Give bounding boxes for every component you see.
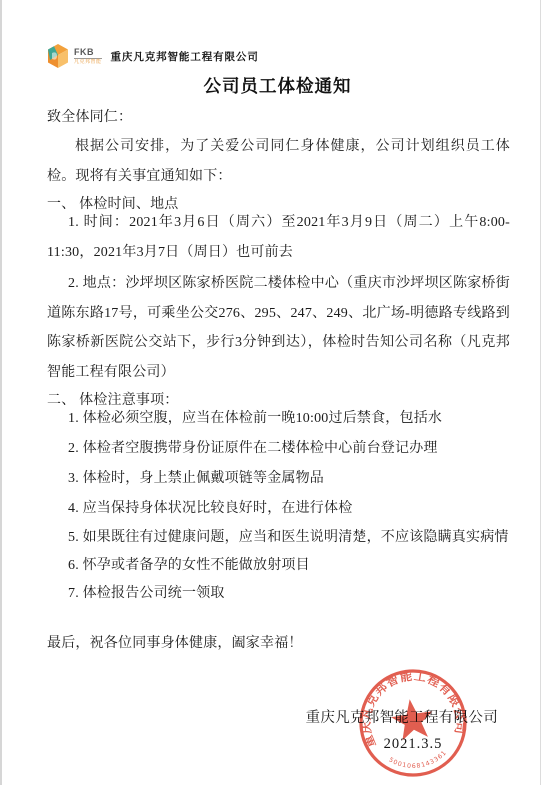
- intro-paragraph: 根据公司安排，为了关爱公司同仁身体健康，公司计划组织员工体检。现将有关事宜通知如…: [47, 132, 510, 191]
- star-icon: [389, 696, 436, 741]
- page-left-edge: [0, 0, 2, 785]
- section2-item-4: 4. 应当保持身体状况比较良好时，在进行体检: [47, 494, 510, 524]
- section2-item-6: 6. 怀孕或者备孕的女性不能做放射项目: [47, 551, 510, 581]
- section2-item-2: 2. 体检者空腹携带身份证原件在二楼体检中心前台登记办理: [47, 434, 510, 464]
- company-cube-logo-icon: [47, 44, 69, 69]
- section1-item-location: 2. 地点：沙坪坝区陈家桥医院二楼体检中心（重庆市沙坪坝区陈家桥街道陈东路17号…: [47, 269, 510, 387]
- company-letterhead: FKB 凡克邦智能 重庆凡克邦智能工程有限公司: [47, 44, 259, 69]
- section2-item-5: 5. 如果既往有过健康问题，应当和医生说明清楚，不应该隐瞒真实病情: [47, 523, 510, 553]
- logo-wordmark: FKB 凡克邦智能: [74, 48, 102, 65]
- logo-fkb-text: FKB: [74, 48, 102, 59]
- salutation: 致全体同仁：: [47, 103, 510, 133]
- notice-document-page: FKB 凡克邦智能 重庆凡克邦智能工程有限公司 公司员工体检通知 致全体同仁： …: [0, 0, 555, 785]
- logo-subtext: 凡克邦智能: [74, 60, 102, 65]
- section2-item-7: 7. 体检报告公司统一领取: [47, 579, 510, 609]
- company-seal-stamp: 重庆凡克邦智能工程有限公司 5001068143361: [345, 655, 481, 785]
- closing-wish: 最后，祝各位同事身体健康，阖家幸福！: [47, 629, 510, 659]
- section2-item-3: 3. 体检时，身上禁止佩戴项链等金属物品: [47, 464, 510, 494]
- page-right-edge: [540, 0, 541, 785]
- letterhead-company-name: 重庆凡克邦智能工程有限公司: [111, 49, 259, 64]
- section1-item-time: 1. 时间：2021年3月6日（周六）至2021年3月9日（周二）上午8:00-…: [47, 208, 510, 267]
- stamp-serial-number: 5001068143361: [387, 748, 450, 773]
- document-title: 公司员工体检通知: [0, 73, 555, 98]
- section2-item-1: 1. 体检必须空腹，应当在体检前一晚10:00过后禁食，包括水: [47, 404, 510, 434]
